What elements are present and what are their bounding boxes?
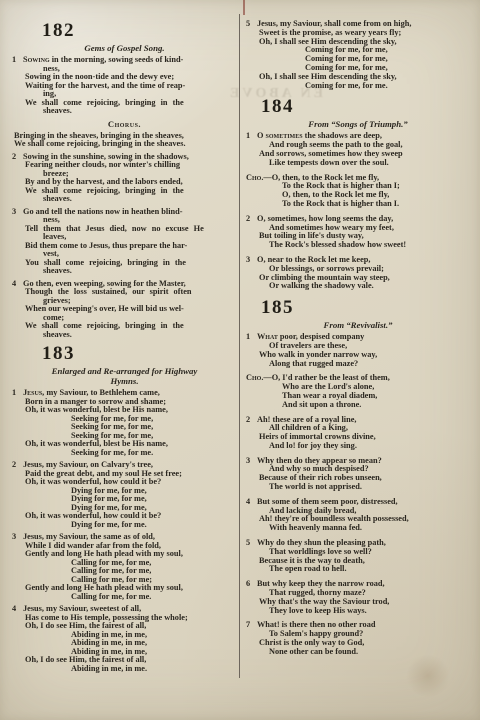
verse-line: Dying for me, for me. xyxy=(23,521,237,530)
verse-line: And lo! for joy they sing. xyxy=(257,442,470,451)
verse-line: The open road to hell. xyxy=(257,565,470,574)
verse-number: 2 xyxy=(246,416,250,425)
verse: 1Sowing in the morning, sowing seeds of … xyxy=(12,56,237,116)
verse: 1Jesus, my Saviour, to Bethlehem came,Bo… xyxy=(12,389,237,457)
small-caps-lead: What xyxy=(257,332,278,341)
verse-number: 3 xyxy=(246,256,250,265)
small-caps-lead: Jesus xyxy=(23,388,42,397)
hymn-number: 184 xyxy=(261,96,470,117)
verse: 4But some of them seem poor, distressed,… xyxy=(246,498,470,533)
hymn-source-heading: Enlarged and Re-arranged for HighwayHymn… xyxy=(12,366,237,386)
column-divider xyxy=(239,14,240,678)
verse: 1What poor, despised companyOf travelers… xyxy=(246,333,470,368)
verse-line: Coming for me, for me. xyxy=(257,82,470,91)
verse-number: 3 xyxy=(12,208,16,217)
hymn-number: 185 xyxy=(261,297,470,318)
verse-number: 2 xyxy=(246,215,250,224)
chorus-label: Cho.— xyxy=(246,173,272,182)
verse-number: 1 xyxy=(12,56,16,65)
heading-line: Hymns. xyxy=(12,376,237,386)
verse-line: They love to keep His ways. xyxy=(257,607,470,616)
verse-number: 1 xyxy=(12,389,16,398)
verse-line: The Rock's blessed shadow how sweet! xyxy=(257,241,470,250)
verse-number: 1 xyxy=(246,333,250,342)
verse-line: Like tempests down over the soul. xyxy=(257,159,470,168)
verse-line: Calling for me, for me. xyxy=(23,593,237,602)
hymn-number: 183 xyxy=(42,343,237,364)
left-column: 182Gems of Gospel Song.1Sowing in the mo… xyxy=(12,0,237,677)
verse: 3Why then do they appear so mean?And why… xyxy=(246,457,470,492)
verse-line: Or walking the shadowy vale. xyxy=(257,282,470,291)
verse-number: 2 xyxy=(12,461,16,470)
verse: 5Why do they shun the pleasing path,That… xyxy=(246,539,470,574)
verse: 5Jesus, my Saviour, shall come from on h… xyxy=(246,20,470,90)
verse: 3O, near to the Rock let me keep,Or bles… xyxy=(246,256,470,291)
heading-line: From “Revivalist.” xyxy=(246,320,470,330)
verse-line: sheaves. xyxy=(23,195,237,204)
right-column: 5Jesus, my Saviour, shall come from on h… xyxy=(246,0,470,663)
verse: 3Go and tell the nations now in heathen … xyxy=(12,208,237,276)
verse-number: 7 xyxy=(246,621,250,630)
verse-line: None other can be found. xyxy=(257,648,470,657)
verse-line: We shall come rejoicing, bringing in the… xyxy=(12,140,237,149)
small-caps-lead: O sometimes xyxy=(257,131,303,140)
hymn-source-heading: From “Songs of Triumph.” xyxy=(246,119,470,129)
verse: 2Ah! these are of a royal line,All child… xyxy=(246,416,470,451)
verse-number: 4 xyxy=(12,280,16,289)
scan-artifact-mark xyxy=(243,0,245,15)
verse: 2O, sometimes, how long seems the day,An… xyxy=(246,215,470,250)
verse-line: To the Rock that is higher than I. xyxy=(246,200,470,209)
verse-line: The world is not apprised. xyxy=(257,483,470,492)
chorus: Bringing in the sheaves, bringing in the… xyxy=(12,132,237,149)
chorus-heading: Chorus. xyxy=(12,120,237,129)
verse-number: 2 xyxy=(12,153,16,162)
verse-number: 1 xyxy=(246,132,250,141)
heading-line: Enlarged and Re-arranged for Highway xyxy=(12,366,237,376)
verse: 6But why keep they the narrow road,That … xyxy=(246,580,470,615)
verse-number: 5 xyxy=(246,20,250,29)
verse: 2Sowing in the sunshine, sowing in the s… xyxy=(12,153,237,204)
verse-number: 3 xyxy=(246,457,250,466)
heading-line: Gems of Gospel Song. xyxy=(12,43,237,53)
chorus: Cho.—O, I'd rather be the least of them,… xyxy=(246,374,470,409)
verse-number: 4 xyxy=(246,498,250,507)
verse-line: Seeking for me, for me. xyxy=(23,449,237,458)
verse: 1O sometimes the shadows are deep,And ro… xyxy=(246,132,470,167)
verse-number: 5 xyxy=(246,539,250,548)
hymnal-page: EN ABOVE 182Gems of Gospel Song.1Sowing … xyxy=(0,0,480,720)
verse: 2Jesus, my Saviour, on Calvary's tree,Pa… xyxy=(12,461,237,529)
verse-number: 6 xyxy=(246,580,250,589)
verse-line: sheaves. xyxy=(23,267,237,276)
verse: 7What! is there then no other roadTo Sal… xyxy=(246,621,470,656)
verse: 3Jesus, my Saviour, the same as of old,W… xyxy=(12,533,237,601)
verse-line: sheaves. xyxy=(23,331,237,340)
verse-number: 3 xyxy=(12,533,16,542)
hymn-source-heading: Gems of Gospel Song. xyxy=(12,43,237,53)
verse-line: Abiding in me, in me. xyxy=(23,665,237,674)
hymn-source-heading: From “Revivalist.” xyxy=(246,320,470,330)
verse: 4Jesus, my Saviour, sweetest of all,Has … xyxy=(12,605,237,673)
hymn-number: 182 xyxy=(42,20,237,41)
verse-line: sheaves. xyxy=(23,107,237,116)
verse-line: And sit upon a throne. xyxy=(246,401,470,410)
verse-line: Along that rugged maze? xyxy=(257,360,470,369)
small-caps-lead: Sowing xyxy=(23,55,50,64)
chorus: Cho.—O, then, to the Rock let me fly,To … xyxy=(246,174,470,209)
verse-line: With heavenly manna fed. xyxy=(257,524,470,533)
chorus-label: Cho.— xyxy=(246,373,272,382)
verse-number: 4 xyxy=(12,605,16,614)
verse: 4Go then, even weeping, sowing for the M… xyxy=(12,280,237,340)
heading-line: From “Songs of Triumph.” xyxy=(246,119,470,129)
